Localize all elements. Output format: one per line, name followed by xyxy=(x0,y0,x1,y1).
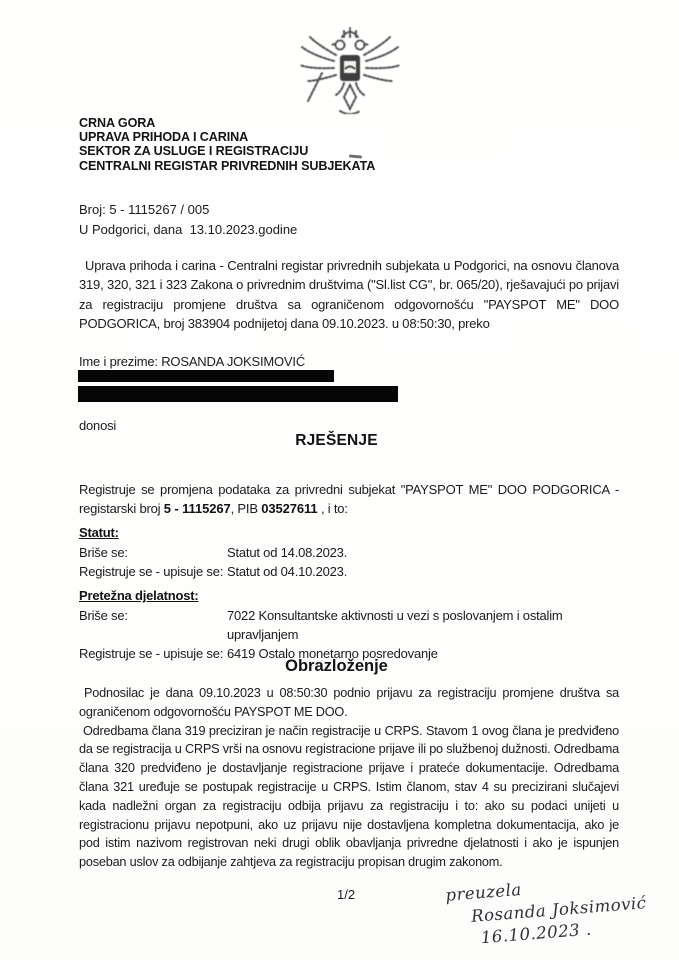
change-row: Registruje se - upisuje se: Statut od 04… xyxy=(79,562,619,581)
row-label: Briše se: xyxy=(79,606,227,645)
case-number-line: Broj: 5 - 1115267 / 005 xyxy=(79,200,297,220)
reference-block: Broj: 5 - 1115267 / 005 U Podgorici, dan… xyxy=(79,200,297,239)
explanation-paragraph: Podnosilac je dana 09.10.2023 u 08:50:30… xyxy=(79,684,619,722)
header-line-registry: CENTRALNI REGISTAR PRIVREDNIH SUBJEKATA xyxy=(79,159,375,173)
document-page: CRNA GORA UPRAVA PRIHODA I CARINA SEKTOR… xyxy=(0,0,679,960)
change-row: Briše se: Statut od 14.08.2023. xyxy=(79,543,619,562)
registration-text-between: , PIB xyxy=(231,501,262,516)
row-value: Statut od 04.10.2023. xyxy=(227,562,619,581)
explanation-paragraph: Odredbama člana 319 preciziran je način … xyxy=(79,722,619,872)
section-djelatnost: Pretežna djelatnost: Briše se: 7022 Kons… xyxy=(79,586,619,664)
page-number: 1/2 xyxy=(337,887,355,902)
row-label: Registruje se - upisuje se: xyxy=(79,562,227,581)
intro-paragraph: Uprava prihoda i carina - Centralni regi… xyxy=(79,256,619,334)
registration-text-after: , i to: xyxy=(318,501,348,516)
decision-title: RJEŠENJE xyxy=(79,432,594,450)
handwritten-note: preuzela Rosanda Joksimović 16.10.2023 . xyxy=(445,869,649,952)
authority-header: CRNA GORA UPRAVA PRIHODA I CARINA SEKTOR… xyxy=(79,116,375,173)
registration-paragraph: Registruje se promjena podataka za privr… xyxy=(79,480,619,519)
explanation-body: Podnosilac je dana 09.10.2023 u 08:50:30… xyxy=(79,684,619,872)
montenegro-coat-of-arms-icon xyxy=(292,24,408,114)
place-date-line: U Podgorici, dana 13.10.2023.godine xyxy=(79,220,297,240)
header-line-administration: UPRAVA PRIHODA I CARINA xyxy=(79,130,375,144)
change-row: Briše se: 7022 Konsultantske aktivnosti … xyxy=(79,606,619,645)
row-label: Briše se: xyxy=(79,543,227,562)
redaction-bar xyxy=(78,370,334,382)
row-value: 7022 Konsultantske aktivnosti u vezi s p… xyxy=(227,606,619,645)
section-statut: Statut: Briše se: Statut od 14.08.2023. … xyxy=(79,523,619,581)
header-line-country: CRNA GORA xyxy=(79,116,375,130)
pib-number: 03527611 xyxy=(261,501,317,516)
explanation-title: Obrazloženje xyxy=(79,657,594,676)
redaction-bar xyxy=(78,386,398,402)
header-line-sector: SEKTOR ZA USLUGE I REGISTRACIJU xyxy=(79,144,375,158)
row-value: Statut od 14.08.2023. xyxy=(227,543,619,562)
registration-number: 5 - 1115267 xyxy=(164,501,231,516)
section-title-statut: Statut: xyxy=(79,523,619,543)
registration-text-before: Registruje se promjena podataka za privr… xyxy=(79,482,619,516)
section-title-djelatnost: Pretežna djelatnost: xyxy=(79,586,619,606)
submitter-name-line: Ime i prezime: ROSANDA JOKSIMOVIĆ xyxy=(79,352,305,371)
